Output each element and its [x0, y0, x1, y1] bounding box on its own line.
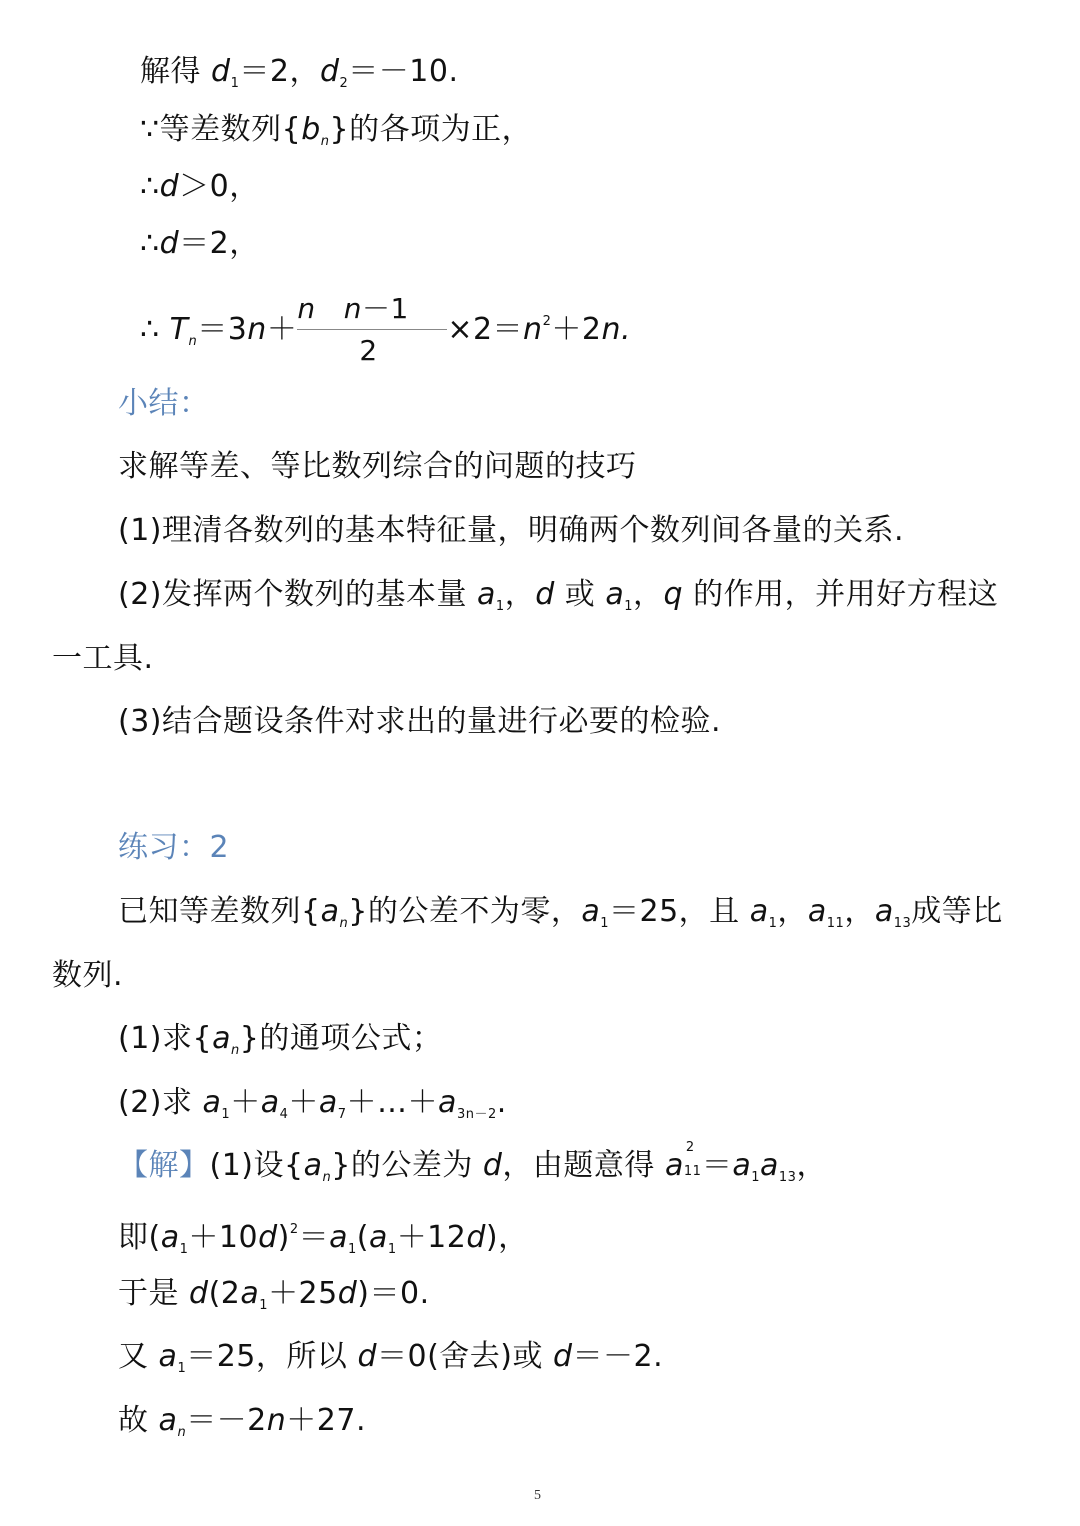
subscript: 1 [177, 1361, 186, 1376]
var-d: d [535, 577, 555, 612]
subscript: n [188, 334, 197, 349]
var-a: a [304, 1148, 323, 1183]
text: . [497, 1085, 507, 1120]
var-a: a [760, 1148, 779, 1183]
text: (1)设{ [210, 1148, 304, 1183]
subscript: 1 [221, 1107, 230, 1122]
subscript: 11 [827, 916, 845, 931]
subscript: 13 [779, 1170, 797, 1185]
exercise-problem-cont: 数列. [52, 956, 123, 996]
text: ) [278, 1220, 290, 1255]
solution-line-4: 又 a1＝25，所以 d＝0(舍去)或 d＝－2. [118, 1337, 663, 1389]
summary-heading: 小结： [118, 384, 210, 424]
text: 故 [118, 1403, 159, 1438]
subscript: 1 [388, 1242, 397, 1257]
var-d: d [553, 1339, 573, 1374]
var-a: a [369, 1220, 388, 1255]
solution-line-3: 于是 d(2a1＋25d)＝0. [118, 1274, 430, 1326]
text: }的各项为正， [329, 112, 532, 147]
text: ＝25，所以 [186, 1339, 357, 1374]
var-T: T [170, 312, 189, 347]
text: )＝0. [357, 1276, 429, 1311]
text: (1)求{ [118, 1021, 212, 1056]
summary-item-3: (3)结合题设条件对求出的量进行必要的检验. [118, 702, 721, 742]
text: ， [796, 1148, 827, 1183]
var-n: n [247, 312, 267, 347]
subscript: 7 [338, 1107, 347, 1122]
text: 即( [118, 1220, 161, 1255]
var-a: a [605, 577, 624, 612]
subscript: 1 [496, 599, 505, 614]
text: ＋ [230, 1085, 261, 1120]
var-a: a [203, 1085, 222, 1120]
question-1: (1)求{an}的通项公式； [118, 1019, 442, 1071]
var-a: a [161, 1220, 180, 1255]
text: ( [357, 1220, 369, 1255]
var-n: n [344, 292, 362, 325]
subscript: 1 [348, 1242, 357, 1257]
summary-item-2-cont: 一工具. [52, 639, 154, 679]
text: ＝3 [197, 312, 247, 347]
text: ＝－2 [186, 1403, 267, 1438]
var-d: d [357, 1339, 377, 1374]
text: ＝25，且 [609, 894, 750, 929]
solution-tag: 【解】 [118, 1148, 210, 1183]
text: ＝ [702, 1148, 733, 1183]
text: 成等比 [911, 894, 1003, 929]
text: ∵等差数列{ [140, 112, 301, 147]
fraction-bar [297, 329, 447, 330]
subscript: 13 [894, 916, 912, 931]
var-a: a [750, 894, 769, 929]
text: }的通项公式； [240, 1021, 443, 1056]
text: ＋25 [268, 1276, 338, 1311]
solution-line-1: 【解】(1)设{an}的公差为 d，由题意得 a211＝a1a13， [118, 1146, 827, 1198]
var-n: n [267, 1403, 287, 1438]
question-2: (2)求 a1＋a4＋a7＋…＋a3n－2. [118, 1083, 507, 1135]
text: )， [486, 1220, 529, 1255]
text: 已知等差数列{ [118, 894, 321, 929]
therefore-symbol: ∴ [140, 169, 160, 204]
text: 于是 [118, 1276, 189, 1311]
page-number: 5 [534, 1488, 541, 1504]
text: ×2＝ [447, 312, 523, 347]
var-a: a [665, 1148, 684, 1183]
var-d: d [466, 1220, 486, 1255]
text: ＝ [299, 1220, 330, 1255]
denominator: 2 [359, 333, 377, 369]
var-a: a [875, 894, 894, 929]
text: ， [777, 894, 808, 929]
text: ＋2 [551, 312, 601, 347]
exercise-problem: 已知等差数列{an}的公差不为零，a1＝25，且 a1，a11，a13成等比 [118, 892, 1003, 944]
text: ＝2， [179, 226, 260, 261]
var-a: a [438, 1085, 457, 1120]
var-n: n [523, 312, 543, 347]
line-therefore-2: ∴d＝2， [140, 224, 260, 264]
var-d: d [483, 1148, 503, 1183]
var-d: d [320, 54, 340, 89]
superscript: 2 [686, 1141, 695, 1154]
text: ＝0(舍去)或 [377, 1339, 553, 1374]
var-a: a [581, 894, 600, 929]
subscript: n [231, 1043, 240, 1058]
var-a: a [212, 1021, 231, 1056]
text: 解得 [140, 54, 211, 89]
subscript: n [339, 916, 348, 931]
text: }的公差不为零， [348, 894, 581, 929]
line-tn-formula: ∴ Tn＝3n＋n n－12×2＝n2＋2n. [140, 282, 631, 382]
text: 或 [555, 577, 606, 612]
var-a: a [477, 577, 496, 612]
solution-line-2: 即(a1＋10d)2＝a1(a1＋12d)， [118, 1210, 529, 1270]
text: 的作用，并用好方程这 [683, 577, 998, 612]
text: ＋12 [397, 1220, 467, 1255]
text: －1 [362, 292, 409, 325]
summary-item-1: (1)理清各数列的基本特征量，明确两个数列间各量的关系. [118, 511, 904, 551]
var-q: q [664, 577, 684, 612]
exercise-heading: 练习：2 [118, 828, 229, 868]
var-a: a [732, 1148, 751, 1183]
line-therefore-1: ∴d＞0， [140, 167, 260, 207]
text: ＋10 [188, 1220, 258, 1255]
subscript: 11 [684, 1165, 702, 1178]
var-d: d [211, 54, 231, 89]
subscript: 1 [751, 1170, 760, 1185]
subscript: n [177, 1425, 186, 1440]
solution-line-5: 故 an＝－2n＋27. [118, 1401, 366, 1453]
text: 又 [118, 1339, 159, 1374]
text: (2)发挥两个数列的基本量 [118, 577, 477, 612]
var-a: a [808, 894, 827, 929]
text: ＝－10. [348, 54, 458, 89]
subscript: 1 [259, 1298, 268, 1313]
subscript: 2 [340, 76, 349, 91]
var-a: a [159, 1403, 178, 1438]
var-b: b [301, 112, 321, 147]
text: ， [505, 577, 536, 612]
summary-item-2: (2)发挥两个数列的基本量 a1，d 或 a1，q 的作用，并用好方程这 [118, 575, 998, 627]
therefore-symbol: ∴ [140, 312, 170, 347]
text: ＋ [288, 1085, 319, 1120]
therefore-symbol: ∴ [140, 226, 160, 261]
subscript: 3n－2 [457, 1107, 497, 1122]
superscript: 2 [290, 1222, 299, 1237]
subscript: n [322, 1170, 331, 1185]
var-d: d [338, 1276, 358, 1311]
var-a: a [261, 1085, 280, 1120]
text: ＋ [267, 312, 298, 347]
var-n: n [297, 292, 315, 325]
numerator: n n－1 [297, 291, 447, 327]
subscript: 1 [600, 916, 609, 931]
text: ＝－2. [573, 1339, 664, 1374]
var-a: a [159, 1339, 178, 1374]
text: ， [844, 894, 875, 929]
subscript: 1 [624, 599, 633, 614]
sub-sup: 211 [684, 1155, 702, 1175]
var-n: n. [601, 312, 631, 347]
var-a: a [319, 1085, 338, 1120]
var-d: d [160, 226, 180, 261]
text: }的公差为 [331, 1148, 483, 1183]
line-solve-d: 解得 d1＝2，d2＝－10. [140, 52, 459, 104]
var-a: a [240, 1276, 259, 1311]
text: ＋…＋ [347, 1085, 439, 1120]
line-because: ∵等差数列{bn}的各项为正， [140, 110, 532, 162]
var-a: a [321, 894, 340, 929]
var-d: d [160, 169, 180, 204]
text: (2)求 [118, 1085, 203, 1120]
text: ， [633, 577, 664, 612]
text: (2 [209, 1276, 241, 1311]
text: ＋27. [286, 1403, 366, 1438]
text: ，由题意得 [502, 1148, 665, 1183]
fraction: n n－12 [297, 291, 447, 371]
var-d: d [258, 1220, 278, 1255]
text: ＝2， [239, 54, 320, 89]
text: ＞0， [179, 169, 260, 204]
var-a: a [329, 1220, 348, 1255]
var-d: d [189, 1276, 209, 1311]
summary-intro: 求解等差、等比数列综合的问题的技巧 [118, 447, 637, 487]
